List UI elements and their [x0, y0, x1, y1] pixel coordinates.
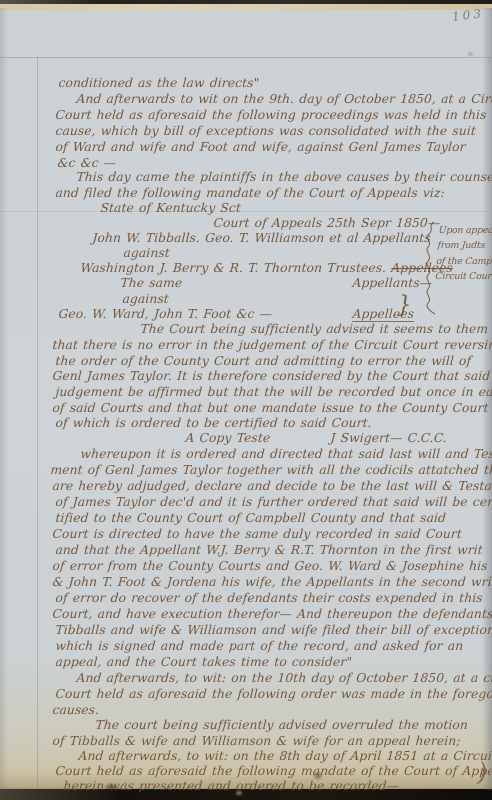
manuscript-line: of Ward and wife and Foot and wife, agai…: [55, 140, 466, 154]
manuscript-text-segment: judgement be affirmed but that the will …: [55, 385, 492, 399]
manuscript-text-segment: And afterwards, to wit: on the 8th day o…: [78, 749, 492, 763]
manuscript-text-segment: John W. Tibballs. Geo. T. Williamson et …: [92, 231, 431, 245]
margin-note-line: Circuit Court: [435, 269, 492, 284]
manuscript-line: Court held as aforesaid the following or…: [55, 687, 492, 701]
manuscript-line: Tibballs and wife & Williamson and wife …: [55, 623, 492, 637]
manuscript-text-segment: of error do recover of the defendants th…: [55, 591, 483, 605]
manuscript-text-segment: of Tibballs & wife and Williamson & wife…: [52, 734, 461, 748]
manuscript-text-segment: against: [123, 246, 170, 260]
manuscript-line: which is signed and made part of the rec…: [55, 639, 464, 653]
manuscript-line: appeal, and the Court takes time to cons…: [55, 655, 352, 669]
manuscript-line: against: [122, 292, 169, 306]
manuscript-line: Court is directed to have the same duly …: [52, 527, 462, 541]
manuscript-text-segment: Court held as aforesaid the following pr…: [55, 108, 487, 122]
margin-note-line: Upon appeal: [438, 223, 492, 238]
manuscript-text-segment: Court of Appeals 25th Sepr 1850—: [213, 216, 441, 230]
manuscript-text-segment: Washington J. Berry & R. T. Thornton Tru…: [80, 261, 392, 275]
manuscript-text-segment: cause, which by bill of exceptions was c…: [55, 124, 476, 138]
manuscript-text-segment: which is signed and made part of the rec…: [55, 639, 464, 653]
manuscript-text-segment: of Ward and wife and Foot and wife, agai…: [55, 140, 466, 154]
manuscript-text-segment: of error from the County Courts and Geo.…: [52, 559, 492, 573]
manuscript-line: herein was presented and ordered to be r…: [63, 779, 400, 793]
manuscript-line: Court of Appeals 25th Sepr 1850—: [213, 216, 441, 230]
manuscript-line: causes.: [52, 703, 100, 717]
manuscript-line: Court, and have execution therefor— And …: [52, 607, 492, 621]
margin-note: Upon appealfrom Judtsof the CampbellCirc…: [435, 223, 492, 285]
manuscript-text-segment: are hereby adjudged, declare and decide …: [52, 479, 492, 493]
manuscript-line: This day came the plaintiffs in the abov…: [76, 170, 492, 184]
manuscript-line: of error from the County Courts and Geo.…: [52, 559, 492, 573]
manuscript-line: The Court being sufficiently advised it …: [140, 322, 489, 336]
manuscript-line: State of Kentucky Sct: [100, 201, 241, 215]
manuscript-text-segment: Court is directed to have the same duly …: [52, 527, 462, 541]
manuscript-line: of Tibballs & wife and Williamson & wife…: [52, 734, 461, 748]
manuscript-line: & John T. Foot & Jordena his wife, the A…: [52, 575, 492, 589]
manuscript-text-segment: A Copy Teste: [185, 431, 271, 445]
manuscript-text-segment: causes.: [52, 703, 100, 717]
manuscript-line: and that the Appellant W.J. Berry & R.T.…: [55, 543, 483, 557]
manuscript-text-segment: The Court being sufficiently advised it …: [140, 322, 489, 336]
manuscript-line: The sameAppellants—: [120, 276, 183, 290]
manuscript-text-segment: herein was presented and ordered to be r…: [63, 779, 400, 793]
manuscript-line: Court held as aforesaid the following ma…: [55, 764, 492, 778]
manuscript-text-segment: State of Kentucky Sct: [100, 201, 241, 215]
manuscript-text: conditioned as the law directs"And after…: [0, 0, 492, 800]
manuscript-line: are hereby adjudged, declare and decide …: [52, 479, 492, 493]
manuscript-line: The court being sufficiently advised ove…: [95, 718, 468, 732]
manuscript-text-segment: Court held as aforesaid the following ma…: [55, 764, 492, 778]
manuscript-line: And afterwards, to wit: on the 8th day o…: [78, 749, 492, 763]
manuscript-text-segment: and filed the following mandate of the C…: [55, 186, 445, 200]
manuscript-text-segment: conditioned as the law directs": [58, 76, 260, 90]
manuscript-line: ment of Genl James Taylor together with …: [50, 463, 492, 477]
manuscript-line: judgement be affirmed but that the will …: [55, 385, 492, 399]
manuscript-text-segment: Court held as aforesaid the following or…: [55, 687, 492, 701]
manuscript-line: Genl James Taylor. It is therefore consi…: [52, 369, 491, 383]
scanned-ledger-page: 103 conditioned as the law directs"And a…: [0, 0, 492, 800]
manuscript-text-segment: tified to the County Court of Campbell C…: [55, 511, 447, 525]
manuscript-text-segment: and that the Appellant W.J. Berry & R.T.…: [55, 543, 483, 557]
manuscript-line: And afterwards to wit on the 9th. day of…: [76, 92, 492, 106]
manuscript-text-segment: And afterwards, to wit: on the 10th day …: [76, 671, 492, 685]
manuscript-text-segment: & John T. Foot & Jordena his wife, the A…: [52, 575, 492, 589]
manuscript-line: John W. Tibballs. Geo. T. Williamson et …: [92, 231, 431, 245]
manuscript-text-segment: that there is no error in the judgement …: [52, 338, 492, 352]
manuscript-text-segment: This day came the plaintiffs in the abov…: [76, 170, 492, 184]
margin-note-line: of the Campbell: [436, 254, 492, 269]
manuscript-line: Geo. W. Ward, John T. Foot &c —Appellees: [58, 307, 273, 321]
manuscript-text-segment: of said Courts and that but one mandate …: [52, 401, 492, 415]
manuscript-text-segment: The court being sufficiently advised ove…: [95, 718, 468, 732]
manuscript-line: of said Courts and that but one mandate …: [52, 401, 492, 415]
manuscript-line: tified to the County Court of Campbell C…: [55, 511, 447, 525]
manuscript-text-segment: the order of the County Court and admitt…: [55, 354, 472, 368]
manuscript-text-segment: Court, and have execution therefor— And …: [52, 607, 492, 621]
manuscript-line: of James Taylor dec'd and it is further …: [55, 495, 492, 509]
closing-brace-icon: }: [397, 292, 412, 318]
manuscript-line: Washington J. Berry & R. T. Thornton Tru…: [80, 261, 453, 275]
party-role-label: Appellants—: [352, 276, 433, 290]
manuscript-line: against: [123, 246, 170, 260]
manuscript-line: that there is no error in the judgement …: [52, 338, 492, 352]
party-role-label: J Swigert— C.C.C.: [330, 431, 447, 445]
manuscript-text-segment: The same: [120, 276, 183, 290]
manuscript-line: Court held as aforesaid the following pr…: [55, 108, 487, 122]
manuscript-text-segment: &c &c —: [57, 156, 117, 170]
manuscript-text-segment: Genl James Taylor. It is therefore consi…: [52, 369, 491, 383]
manuscript-line: whereupon it is ordered and directed tha…: [80, 447, 492, 461]
manuscript-text-segment: Geo. W. Ward, John T. Foot &c —: [58, 307, 273, 321]
manuscript-line: of error do recover of the defendants th…: [55, 591, 483, 605]
manuscript-line: And afterwards, to wit: on the 10th day …: [76, 671, 492, 685]
manuscript-line: cause, which by bill of exceptions was c…: [55, 124, 476, 138]
manuscript-line: the order of the County Court and admitt…: [55, 354, 472, 368]
manuscript-text-segment: of James Taylor dec'd and it is further …: [55, 495, 492, 509]
manuscript-line: of which is ordered to be certified to s…: [55, 416, 372, 430]
manuscript-line: &c &c —: [57, 156, 117, 170]
manuscript-text-segment: And afterwards to wit on the 9th. day of…: [76, 92, 492, 106]
manuscript-line: A Copy TesteJ Swigert— C.C.C.: [185, 431, 271, 445]
manuscript-text-segment: of which is ordered to be certified to s…: [55, 416, 372, 430]
manuscript-text-segment: whereupon it is ordered and directed tha…: [80, 447, 492, 461]
manuscript-text-segment: against: [122, 292, 169, 306]
margin-note-line: from Judts: [437, 238, 492, 253]
manuscript-text-segment: ment of Genl James Taylor together with …: [50, 463, 492, 477]
manuscript-text-segment: Tibballs and wife & Williamson and wife …: [55, 623, 492, 637]
manuscript-line: conditioned as the law directs": [58, 76, 260, 90]
manuscript-line: and filed the following mandate of the C…: [55, 186, 445, 200]
manuscript-text-segment: appeal, and the Court takes time to cons…: [55, 655, 352, 669]
